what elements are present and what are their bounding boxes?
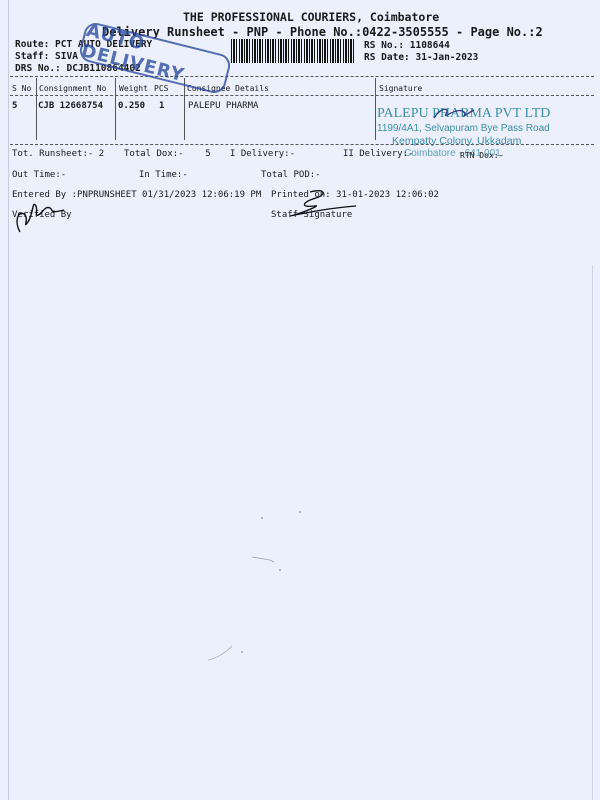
- rs-date: RS Date: 31-Jan-2023: [364, 52, 478, 63]
- cell-weight: 0.250: [118, 101, 145, 111]
- verifier-signature-icon: [8, 192, 68, 237]
- ii-delivery: II Delivery:-: [343, 149, 413, 159]
- barcode: [231, 39, 355, 63]
- rs-number: RS No.: 1108644: [364, 40, 450, 51]
- col-header-weight: Weight: [119, 84, 148, 93]
- scan-noise: [240, 500, 320, 580]
- staff-signature-icon: [280, 186, 360, 220]
- col-header-sno: S No: [12, 84, 31, 93]
- total-pod: Total POD:-: [261, 170, 321, 180]
- cell-sno: 5: [12, 101, 17, 111]
- divider: [10, 76, 594, 77]
- in-time: In Time:-: [139, 170, 188, 180]
- signature-scribble-icon: [430, 104, 480, 126]
- cell-consignment-no: CJB 12668754: [38, 101, 103, 111]
- column-divider: [375, 78, 376, 140]
- staff-label: Staff: SIVA: [15, 51, 78, 62]
- total-dox: Total Dox:- 5: [124, 149, 211, 159]
- company-title: THE PROFESSIONAL COURIERS, Coimbatore: [183, 10, 439, 24]
- column-divider: [36, 78, 37, 140]
- out-time: Out Time:-: [12, 170, 66, 180]
- col-header-consignment: Consignment No: [39, 84, 106, 93]
- cell-pcs: 1: [159, 101, 164, 111]
- cell-consignee: PALEPU PHARMA: [188, 101, 258, 111]
- column-divider: [115, 78, 116, 140]
- col-header-signature: Signature: [379, 84, 422, 93]
- i-delivery: I Delivery:-: [230, 149, 295, 159]
- scan-noise: [200, 640, 280, 670]
- runsheet-subtitle: Delivery Runsheet - PNP - Phone No.:0422…: [102, 25, 543, 39]
- consignee-stamp-address: Kempatty Colony, Ukkadam: [392, 135, 521, 147]
- rtn-dox: RTN Dox:-: [460, 151, 503, 160]
- divider: [10, 95, 594, 96]
- tot-runsheet: Tot. Runsheet:- 2: [12, 149, 104, 159]
- page-edge: [8, 0, 9, 800]
- page-edge: [592, 265, 593, 800]
- col-header-pcs: PCS: [154, 84, 168, 93]
